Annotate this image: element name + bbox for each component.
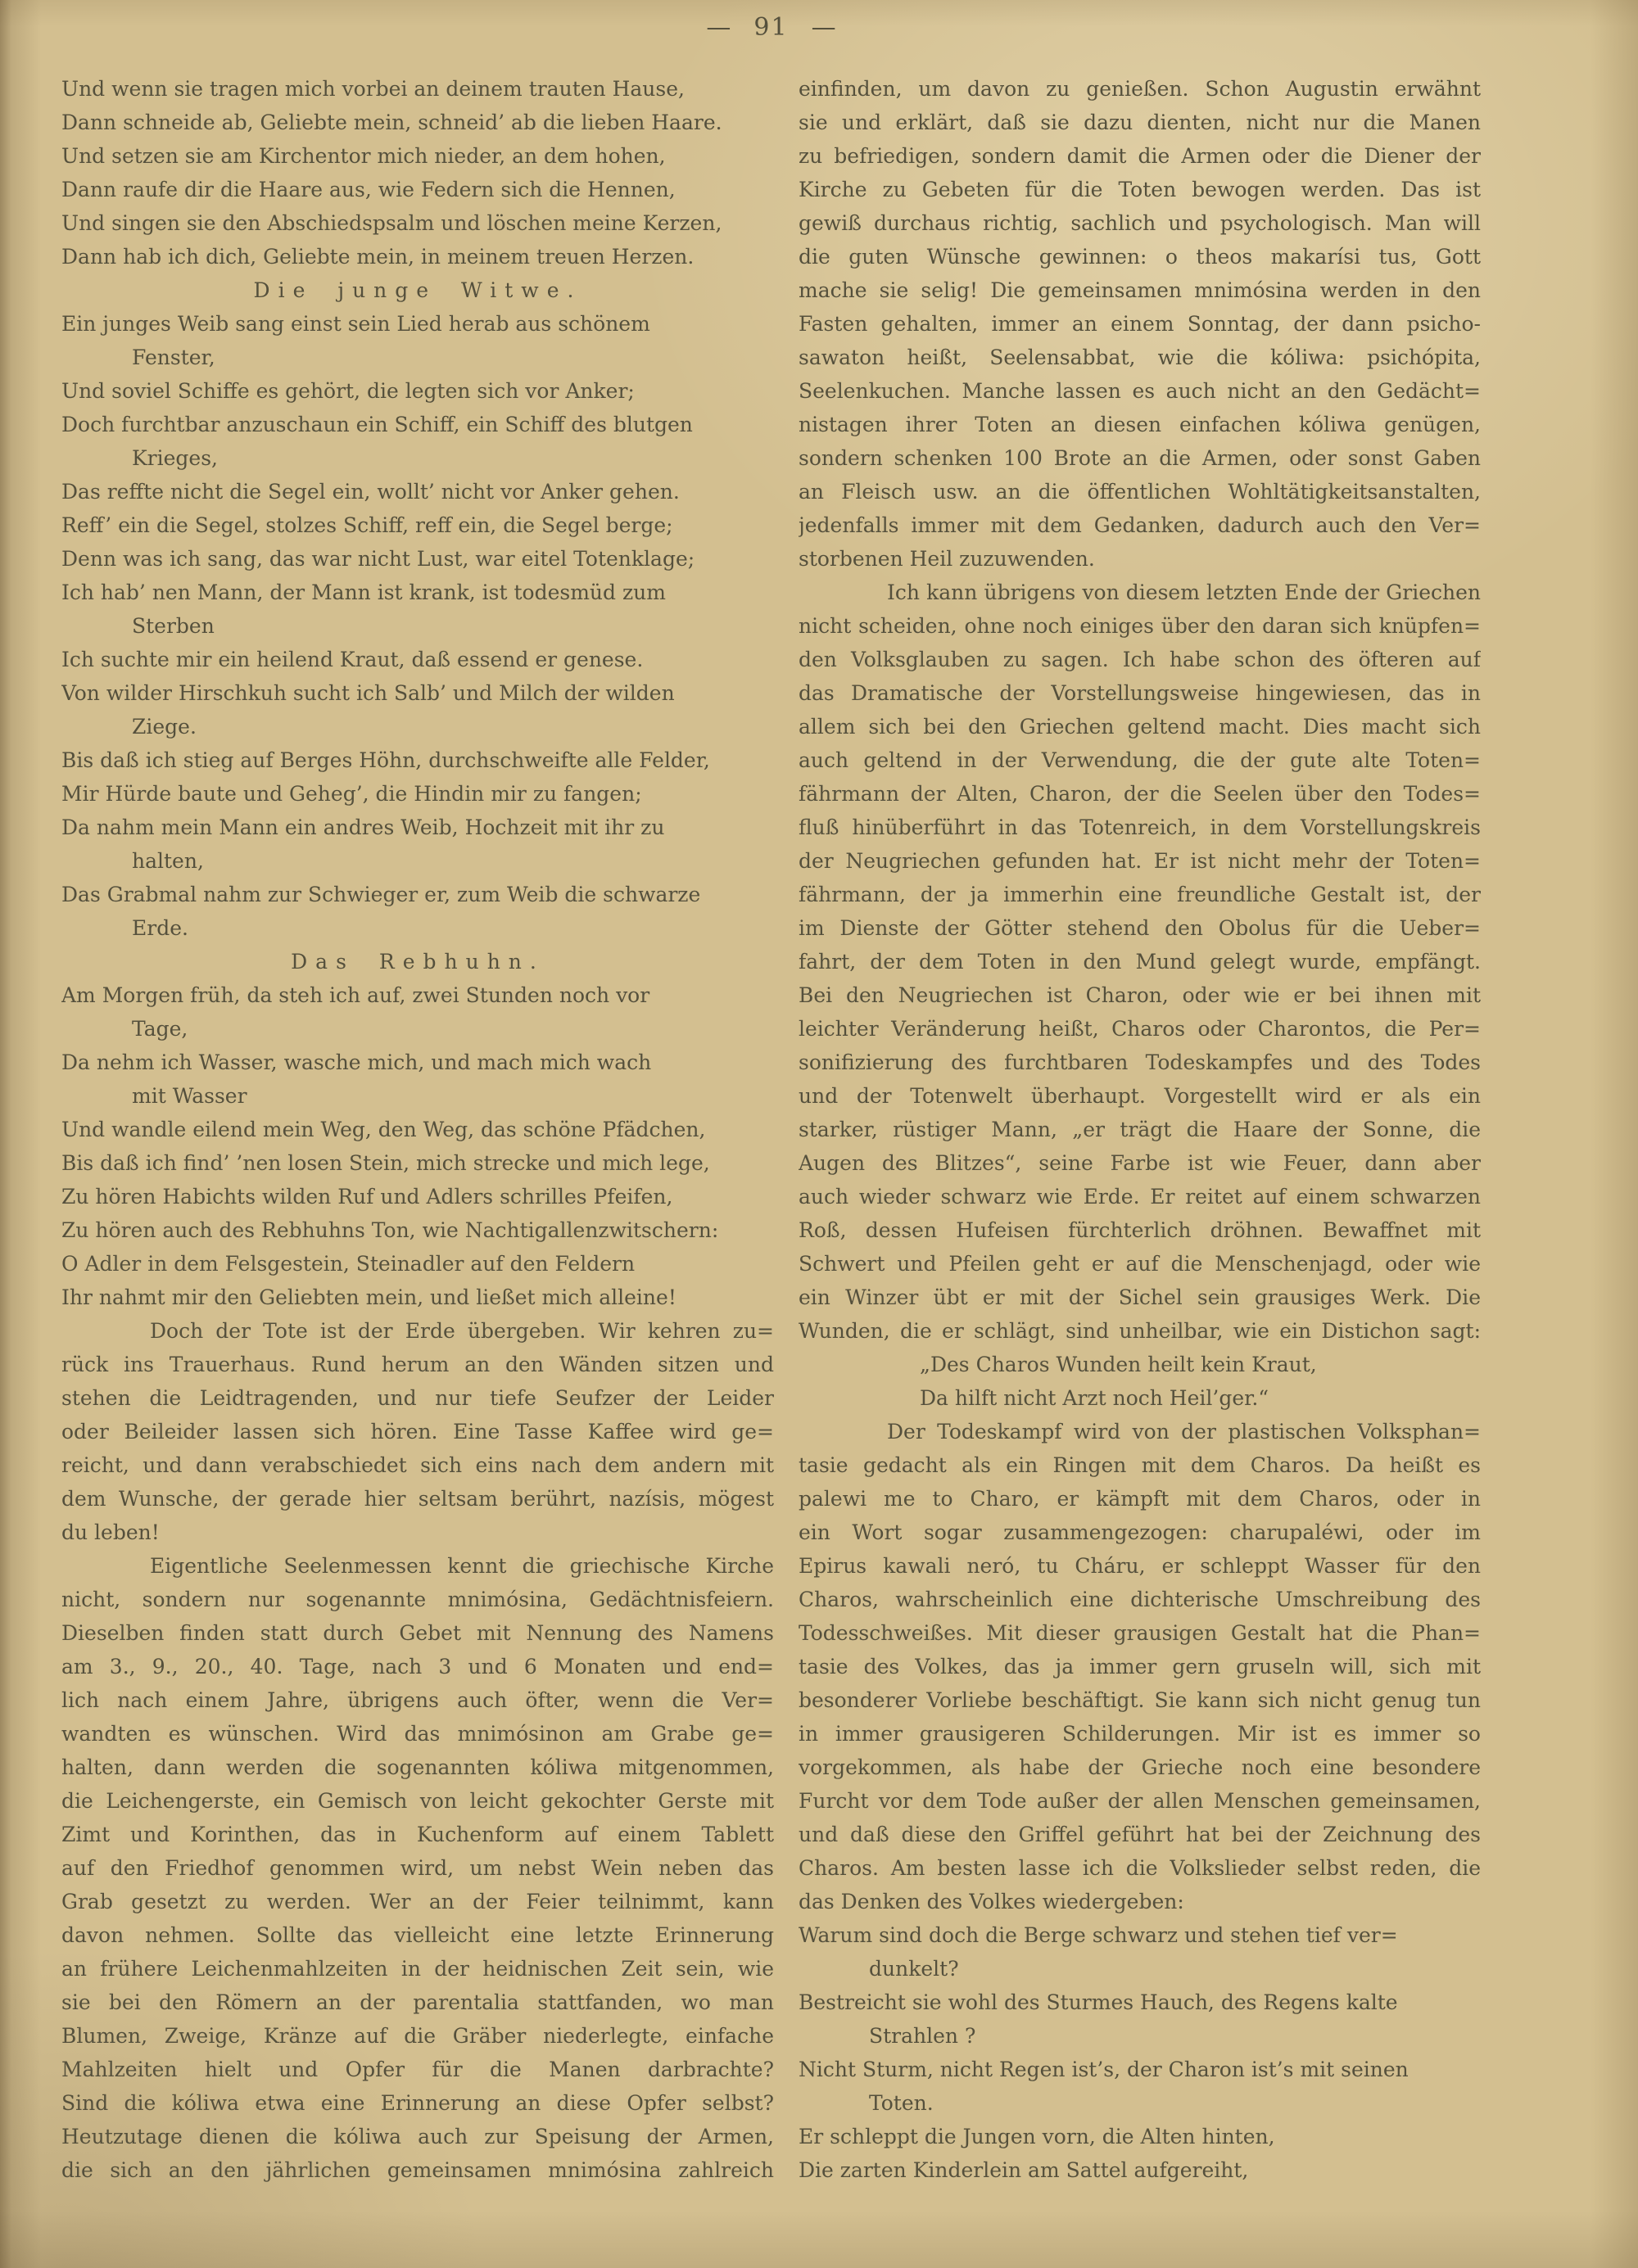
text-line: Seelenkuchen. Manche lassen es auch nich… bbox=[799, 374, 1481, 408]
text-line: fährmann der Alten, Charon, der die Seel… bbox=[799, 777, 1481, 811]
text-line: Roß, dessen Hufeisen fürchterlich dröhne… bbox=[799, 1213, 1481, 1247]
text-line: den Volksglauben zu sagen. Ich habe scho… bbox=[799, 643, 1481, 676]
text-line: allem sich bei den Griechen geltend mach… bbox=[799, 710, 1481, 743]
text-line: du leben! bbox=[61, 1516, 774, 1549]
text-line: und der Totenwelt überhaupt. Vorgestellt… bbox=[799, 1079, 1481, 1113]
text-line: das Denken des Volkes wiedergeben: bbox=[799, 1885, 1481, 1918]
text-line: Und setzen sie am Kirchentor mich nieder… bbox=[61, 139, 774, 173]
text-line: Epirus kawali neró, tu Cháru, er schlepp… bbox=[799, 1549, 1481, 1583]
text-line: Dann schneide ab, Geliebte mein, schneid… bbox=[61, 106, 774, 139]
text-line: Ein junges Weib sang einst sein Lied her… bbox=[61, 307, 774, 341]
text-line: fährmann, der ja immerhin eine freundlic… bbox=[799, 878, 1481, 911]
text-line: Bestreicht sie wohl des Sturmes Hauch, d… bbox=[799, 1986, 1481, 2019]
text-line: nicht scheiden, ohne noch einiges über d… bbox=[799, 609, 1481, 643]
text-line: an frühere Leichenmahlzeiten in der heid… bbox=[61, 1952, 774, 1986]
text-line: Charos. Am besten lasse ich die Volkslie… bbox=[799, 1851, 1481, 1885]
text-line: dem Wunsche, der gerade hier seltsam ber… bbox=[61, 1482, 774, 1516]
text-line: fahrt, der dem Toten in den Mund gelegt … bbox=[799, 945, 1481, 978]
text-line: Toten. bbox=[799, 2086, 1481, 2120]
text-line: Grab gesetzt zu werden. Wer an der Feier… bbox=[61, 1885, 774, 1918]
text-line: Und wenn sie tragen mich vorbei an deine… bbox=[61, 72, 774, 106]
text-line: Strahlen ? bbox=[799, 2019, 1481, 2053]
text-line: „Des Charos Wunden heilt kein Kraut, bbox=[799, 1348, 1481, 1381]
text-line: mache sie selig! Die gemeinsamen mnimósi… bbox=[799, 273, 1481, 307]
text-line: Doch der Tote ist der Erde übergeben. Wi… bbox=[61, 1314, 774, 1348]
text-line: Wunden, die er schlägt, sind unheilbar, … bbox=[799, 1314, 1481, 1348]
text-line: stehen die Leidtragenden, und nur tiefe … bbox=[61, 1381, 774, 1415]
text-line: Der Todeskampf wird von der plastischen … bbox=[799, 1415, 1481, 1448]
book-page: —91— Und wenn sie tragen mich vorbei an … bbox=[0, 0, 1638, 2268]
text-line: wandten es wünschen. Wird das mnimósinon… bbox=[61, 1717, 774, 1751]
text-line: sawaton heißt, Seelensabbat, wie die kól… bbox=[799, 341, 1481, 374]
text-line: die Leichengerste, ein Gemisch von leich… bbox=[61, 1784, 774, 1818]
text-line: reicht, und dann verabschiedet sich eins… bbox=[61, 1448, 774, 1482]
text-line: Da hilft nicht Arzt noch Heil’ger.“ bbox=[799, 1381, 1481, 1415]
text-line: Am Morgen früh, da steh ich auf, zwei St… bbox=[61, 978, 774, 1012]
text-line: Zu hören auch des Rebhuhns Ton, wie Nach… bbox=[61, 1213, 774, 1247]
text-line: Ich kann übrigens von diesem letzten End… bbox=[799, 576, 1481, 609]
text-line: Zu hören Habichts wilden Ruf und Adlers … bbox=[61, 1180, 774, 1213]
text-line: ein Winzer übt er mit der Sichel sein gr… bbox=[799, 1281, 1481, 1314]
text-line: auch geltend in der Verwendung, die der … bbox=[799, 743, 1481, 777]
text-line: Blumen, Zweige, Kränze auf die Gräber ni… bbox=[61, 2019, 774, 2053]
text-line: Todesschweißes. Mit dieser grausigen Ges… bbox=[799, 1616, 1481, 1650]
text-line: in immer grausigeren Schilderungen. Mir … bbox=[799, 1717, 1481, 1751]
text-line: Und singen sie den Abschiedspsalm und lö… bbox=[61, 206, 774, 240]
text-line: Ich suchte mir ein heilend Kraut, daß es… bbox=[61, 643, 774, 676]
text-line: Mahlzeiten hielt und Opfer für die Manen… bbox=[61, 2053, 774, 2086]
text-line: Da nahm mein Mann ein andres Weib, Hochz… bbox=[61, 811, 774, 844]
text-line: auch wieder schwarz wie Erde. Er reitet … bbox=[799, 1180, 1481, 1213]
poem-heading: Die junge Witwe. bbox=[61, 273, 774, 307]
text-line: dunkelt? bbox=[799, 1952, 1481, 1986]
page-number: 91 bbox=[753, 13, 788, 42]
text-line: Bis daß ich stieg auf Berges Höhn, durch… bbox=[61, 743, 774, 777]
text-line: Mir Hürde baute und Geheg’, die Hindin m… bbox=[61, 777, 774, 811]
text-line: gewiß durchaus richtig, sachlich und psy… bbox=[799, 206, 1481, 240]
text-line: Zimt und Korinthen, das in Kuchenform au… bbox=[61, 1818, 774, 1851]
text-line: sondern schenken 100 Brote an die Armen,… bbox=[799, 441, 1481, 475]
text-line: Kirche zu Gebeten für die Toten bewogen … bbox=[799, 173, 1481, 206]
text-line: sie bei den Römern an der parentalia sta… bbox=[61, 1986, 774, 2019]
text-line: besonderer Vorliebe beschäftigt. Sie kan… bbox=[799, 1683, 1481, 1717]
page-number-dash-left: — bbox=[706, 13, 731, 42]
text-line: Heutzutage dienen die kóliwa auch zur Sp… bbox=[61, 2120, 774, 2153]
text-line: Das reffte nicht die Segel ein, wollt’ n… bbox=[61, 475, 774, 508]
text-line: mit Wasser bbox=[61, 1079, 774, 1113]
text-line: lich nach einem Jahre, übrigens auch öft… bbox=[61, 1683, 774, 1717]
text-line: starker, rüstiger Mann, „er trägt die Ha… bbox=[799, 1113, 1481, 1146]
text-line: einfinden, um davon zu genießen. Schon A… bbox=[799, 72, 1481, 106]
text-line: am 3., 9., 20., 40. Tage, nach 3 und 6 M… bbox=[61, 1650, 774, 1683]
text-line: nicht, sondern nur sogenannte mnimósina,… bbox=[61, 1583, 774, 1616]
text-line: das Dramatische der Vorstellungsweise hi… bbox=[799, 676, 1481, 710]
page-header: —91— bbox=[61, 13, 1481, 42]
text-line: Und wandle eilend mein Weg, den Weg, das… bbox=[61, 1113, 774, 1146]
text-line: Fenster, bbox=[61, 341, 774, 374]
poem-heading: Das Rebhuhn. bbox=[61, 945, 774, 978]
text-line: Fasten gehalten, immer an einem Sonntag,… bbox=[799, 307, 1481, 341]
text-line: der Neugriechen gefunden hat. Er ist nic… bbox=[799, 844, 1481, 878]
text-line: Ihr nahmt mir den Geliebten mein, und li… bbox=[61, 1281, 774, 1314]
text-line: Furcht vor dem Tode außer der allen Mens… bbox=[799, 1784, 1481, 1818]
text-line: im Dienste der Götter stehend den Obolus… bbox=[799, 911, 1481, 945]
text-line: Ziege. bbox=[61, 710, 774, 743]
text-line: Augen des Blitzes“, seine Farbe ist wie … bbox=[799, 1146, 1481, 1180]
text-line: an Fleisch usw. an die öffentlichen Wohl… bbox=[799, 475, 1481, 508]
text-line: nistagen ihrer Toten an diesen einfachen… bbox=[799, 408, 1481, 441]
text-line: fluß hinüberführt in das Totenreich, in … bbox=[799, 811, 1481, 844]
text-line: Nicht Sturm, nicht Regen ist’s, der Char… bbox=[799, 2053, 1481, 2086]
text-line: leichter Veränderung heißt, Charos oder … bbox=[799, 1012, 1481, 1046]
text-line: sonifizierung des furchtbaren Todeskampf… bbox=[799, 1046, 1481, 1079]
text-line: Da nehm ich Wasser, wasche mich, und mac… bbox=[61, 1046, 774, 1079]
text-line: Eigentliche Seelenmessen kennt die griec… bbox=[61, 1549, 774, 1583]
text-line: oder Beileider lassen sich hören. Eine T… bbox=[61, 1415, 774, 1448]
text-line: Schwert und Pfeilen geht er auf die Mens… bbox=[799, 1247, 1481, 1281]
text-line: die guten Wünsche gewinnen: o theos maka… bbox=[799, 240, 1481, 273]
left-column: Und wenn sie tragen mich vorbei an deine… bbox=[61, 72, 774, 2187]
text-line: Dann raufe dir die Haare aus, wie Federn… bbox=[61, 173, 774, 206]
text-line: Dieselben finden statt durch Gebet mit N… bbox=[61, 1616, 774, 1650]
text-line: Bei den Neugriechen ist Charon, oder wie… bbox=[799, 978, 1481, 1012]
text-line: palewi me to Charo, er kämpft mit dem Ch… bbox=[799, 1482, 1481, 1516]
text-line: Bis daß ich find’ ’nen losen Stein, mich… bbox=[61, 1146, 774, 1180]
text-line: die sich an den jährlichen gemeinsamen m… bbox=[61, 2153, 774, 2187]
text-line: Sind die kóliwa etwa eine Erinnerung an … bbox=[61, 2086, 774, 2120]
text-line: Dann hab ich dich, Geliebte mein, in mei… bbox=[61, 240, 774, 273]
text-line: tasie gedacht als ein Ringen mit dem Cha… bbox=[799, 1448, 1481, 1482]
text-line: O Adler in dem Felsgestein, Steinadler a… bbox=[61, 1247, 774, 1281]
text-line: auf den Friedhof genommen wird, um nebst… bbox=[61, 1851, 774, 1885]
text-line: Und soviel Schiffe es gehört, die legten… bbox=[61, 374, 774, 408]
text-line: tasie des Volkes, das ja immer gern grus… bbox=[799, 1650, 1481, 1683]
text-line: Ich hab’ nen Mann, der Mann ist krank, i… bbox=[61, 576, 774, 609]
text-line: jedenfalls immer mit dem Gedanken, dadur… bbox=[799, 508, 1481, 542]
text-line: rück ins Trauerhaus. Rund herum an den W… bbox=[61, 1348, 774, 1381]
text-line: Erde. bbox=[61, 911, 774, 945]
text-line: Tage, bbox=[61, 1012, 774, 1046]
text-line: vorgekommen, als habe der Grieche noch e… bbox=[799, 1751, 1481, 1784]
text-line: Von wilder Hirschkuh sucht ich Salb’ und… bbox=[61, 676, 774, 710]
text-line: Krieges, bbox=[61, 441, 774, 475]
text-line: und daß diese den Griffel geführt hat be… bbox=[799, 1818, 1481, 1851]
text-line: davon nehmen. Sollte das vielleicht eine… bbox=[61, 1918, 774, 1952]
text-line: Die zarten Kinderlein am Sattel aufgerei… bbox=[799, 2153, 1481, 2187]
text-line: Warum sind doch die Berge schwarz und st… bbox=[799, 1918, 1481, 1952]
text-line: Denn was ich sang, das war nicht Lust, w… bbox=[61, 542, 774, 576]
text-line: Doch furchtbar anzuschaun ein Schiff, ei… bbox=[61, 408, 774, 441]
text-line: storbenen Heil zuzuwenden. bbox=[799, 542, 1481, 576]
text-line: Reff’ ein die Segel, stolzes Schiff, ref… bbox=[61, 508, 774, 542]
text-line: Sterben bbox=[61, 609, 774, 643]
text-line: zu befriedigen, sondern damit die Armen … bbox=[799, 139, 1481, 173]
text-line: ein Wort sogar zusammengezogen: charupal… bbox=[799, 1516, 1481, 1549]
text-line: sie und erklärt, daß sie dazu dienten, n… bbox=[799, 106, 1481, 139]
right-column: einfinden, um davon zu genießen. Schon A… bbox=[799, 72, 1481, 2187]
text-line: Das Grabmal nahm zur Schwieger er, zum W… bbox=[61, 878, 774, 911]
text-line: halten, dann werden die sogenannten kóli… bbox=[61, 1751, 774, 1784]
text-line: Charos, wahrscheinlich eine dichterische… bbox=[799, 1583, 1481, 1616]
page-number-dash-right: — bbox=[812, 13, 836, 42]
text-line: halten, bbox=[61, 844, 774, 878]
text-line: Er schleppt die Jungen vorn, die Alten h… bbox=[799, 2120, 1481, 2153]
